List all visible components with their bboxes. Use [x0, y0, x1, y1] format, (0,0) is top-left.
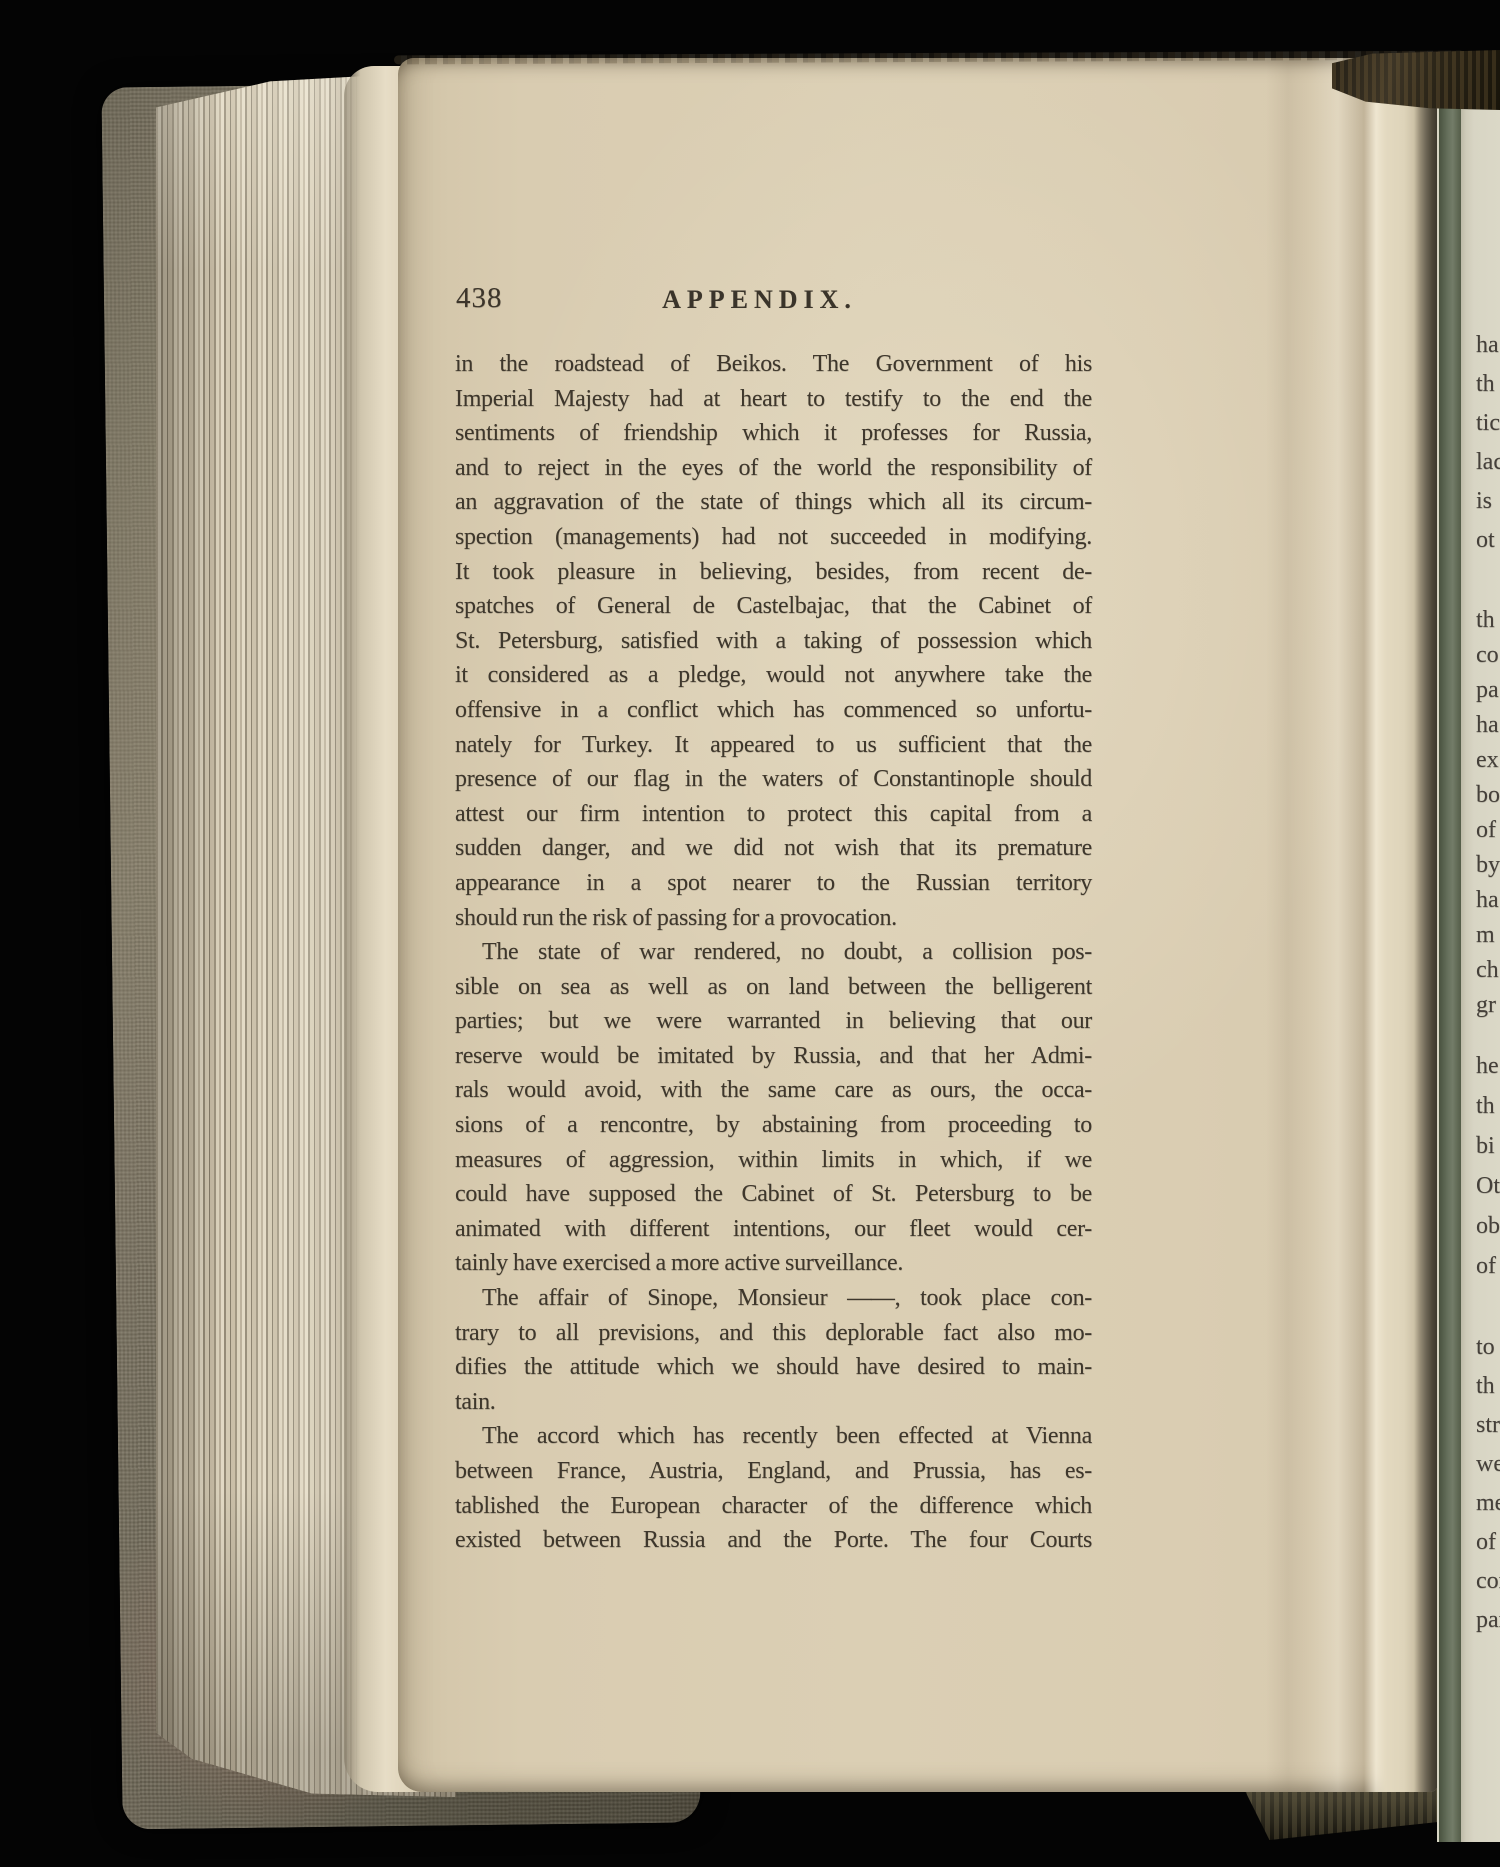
facing-text-fragment: lac: [1459, 443, 1500, 482]
facing-text-fragment: is: [1459, 482, 1500, 521]
text-line: It took pleasure in believing, besides, …: [455, 555, 1092, 590]
text-line: existed between Russia and the Porte. Th…: [455, 1523, 1092, 1558]
text-line: it considered as a pledge, would not any…: [455, 658, 1092, 693]
facing-text-fragment: th: [1459, 1367, 1500, 1406]
paragraph: The accord which has recently been effec…: [455, 1419, 1092, 1557]
gutter-fold-creases: [1266, 58, 1438, 1792]
text-line: should run the risk of passing for a pro…: [455, 901, 1092, 936]
text-line: difies the attitude which we should have…: [455, 1350, 1092, 1385]
facing-text-fragment-group: thcopahaexboofbyhamchgr: [1459, 603, 1500, 1023]
facing-text-fragment: ex: [1459, 743, 1500, 778]
facing-text-fragment: ha: [1459, 326, 1500, 365]
book-photo-canvas: 438 APPENDIX. in the roadstead of Beikos…: [0, 0, 1500, 1867]
gutter-ribbon: [1437, 58, 1461, 1842]
text-line: could have supposed the Cabinet of St. P…: [455, 1177, 1092, 1212]
text-line: parties; but we were warranted in believ…: [455, 1004, 1092, 1039]
facing-text-fragment: ob: [1459, 1206, 1500, 1246]
text-line: spection (managements) had not succeeded…: [455, 520, 1092, 555]
paragraph: in the roadstead of Beikos. The Governme…: [455, 347, 1092, 935]
facing-text-fragment-group: tothstrwemeofcorpar: [1459, 1328, 1500, 1640]
facing-text-fragment: of: [1459, 1246, 1500, 1286]
text-line: nately for Turkey. It appeared to us suf…: [455, 728, 1092, 763]
facing-text-fragment: gr: [1459, 988, 1500, 1023]
text-line: rals would avoid, with the same care as …: [455, 1073, 1092, 1108]
running-head: APPENDIX.: [441, 285, 1078, 315]
facing-page-sliver: hathticlacisotthcopahaexboofbyhamchgrhet…: [1459, 60, 1500, 1842]
text-line: an aggravation of the state of things wh…: [455, 485, 1092, 520]
facing-text-fragment-group: hethbiOtobof: [1459, 1046, 1500, 1286]
text-line: in the roadstead of Beikos. The Governme…: [455, 347, 1092, 382]
facing-text-fragment: ot: [1459, 521, 1500, 560]
text-line: offensive in a conflict which has commen…: [455, 693, 1092, 728]
facing-text-fragment: m: [1459, 918, 1500, 953]
facing-text-fragment: pa: [1459, 673, 1500, 708]
text-line: St. Petersburg, satisfied with a taking …: [455, 624, 1092, 659]
facing-text-fragment: cor: [1459, 1562, 1500, 1601]
facing-text-fragment: bi: [1459, 1126, 1500, 1166]
text-line: attest our firm intention to protect thi…: [455, 797, 1092, 832]
facing-text-fragment: ha: [1459, 883, 1500, 918]
facing-text-fragment: ha: [1459, 708, 1500, 743]
text-line: sible on sea as well as on land between …: [455, 970, 1092, 1005]
text-line: tain.: [455, 1385, 1092, 1420]
facing-text-fragment: me: [1459, 1484, 1500, 1523]
facing-text-fragment: ch: [1459, 953, 1500, 988]
facing-text-fragment: co: [1459, 638, 1500, 673]
text-line: measures of aggression, within limits in…: [455, 1143, 1092, 1178]
text-line: sudden danger, and we did not wish that …: [455, 831, 1092, 866]
facing-text-fragment: by: [1459, 848, 1500, 883]
text-line: appearance in a spot nearer to the Russi…: [455, 866, 1092, 901]
text-line: sentiments of friendship which it profes…: [455, 416, 1092, 451]
facing-text-fragment: tic: [1459, 404, 1500, 443]
facing-text-fragment: th: [1459, 1086, 1500, 1126]
page-body-text: in the roadstead of Beikos. The Governme…: [455, 347, 1092, 1558]
text-line: between France, Austria, England, and Pr…: [455, 1454, 1092, 1489]
text-line: and to reject in the eyes of the world t…: [455, 451, 1092, 486]
paragraph: The state of war rendered, no doubt, a c…: [455, 935, 1092, 1281]
facing-text-fragment: str: [1459, 1406, 1500, 1445]
text-line: spatches of General de Castelbajac, that…: [455, 589, 1092, 624]
facing-text-fragment: bo: [1459, 778, 1500, 813]
facing-text-fragment: to: [1459, 1328, 1500, 1367]
text-line: reserve would be imitated by Russia, and…: [455, 1039, 1092, 1074]
facing-text-fragment-group: hathticlacisot: [1459, 326, 1500, 560]
text-line: Imperial Majesty had at heart to testify…: [455, 382, 1092, 417]
left-page: 438 APPENDIX. in the roadstead of Beikos…: [398, 58, 1438, 1792]
facing-text-fragment: th: [1459, 365, 1500, 404]
paragraph: The affair of Sinope, Monsieur ——, took …: [455, 1281, 1092, 1419]
text-line: animated with different intentions, our …: [455, 1212, 1092, 1247]
text-line: The accord which has recently been effec…: [455, 1419, 1092, 1454]
facing-text-fragment: of: [1459, 813, 1500, 848]
text-line: tainly have exercised a more active surv…: [455, 1246, 1092, 1281]
text-line: presence of our flag in the waters of Co…: [455, 762, 1092, 797]
facing-text-fragment: th: [1459, 603, 1500, 638]
facing-text-fragment: of: [1459, 1523, 1500, 1562]
facing-text-fragment: par: [1459, 1601, 1500, 1640]
text-line: The affair of Sinope, Monsieur ——, took …: [455, 1281, 1092, 1316]
text-line: The state of war rendered, no doubt, a c…: [455, 935, 1092, 970]
text-line: trary to all previsions, and this deplor…: [455, 1316, 1092, 1351]
facing-text-fragment: Ot: [1459, 1166, 1500, 1206]
text-line: sions of a rencontre, by abstaining from…: [455, 1108, 1092, 1143]
facing-text-fragment: he: [1459, 1046, 1500, 1086]
text-line: tablished the European character of the …: [455, 1489, 1092, 1524]
facing-text-fragment: we: [1459, 1445, 1500, 1484]
